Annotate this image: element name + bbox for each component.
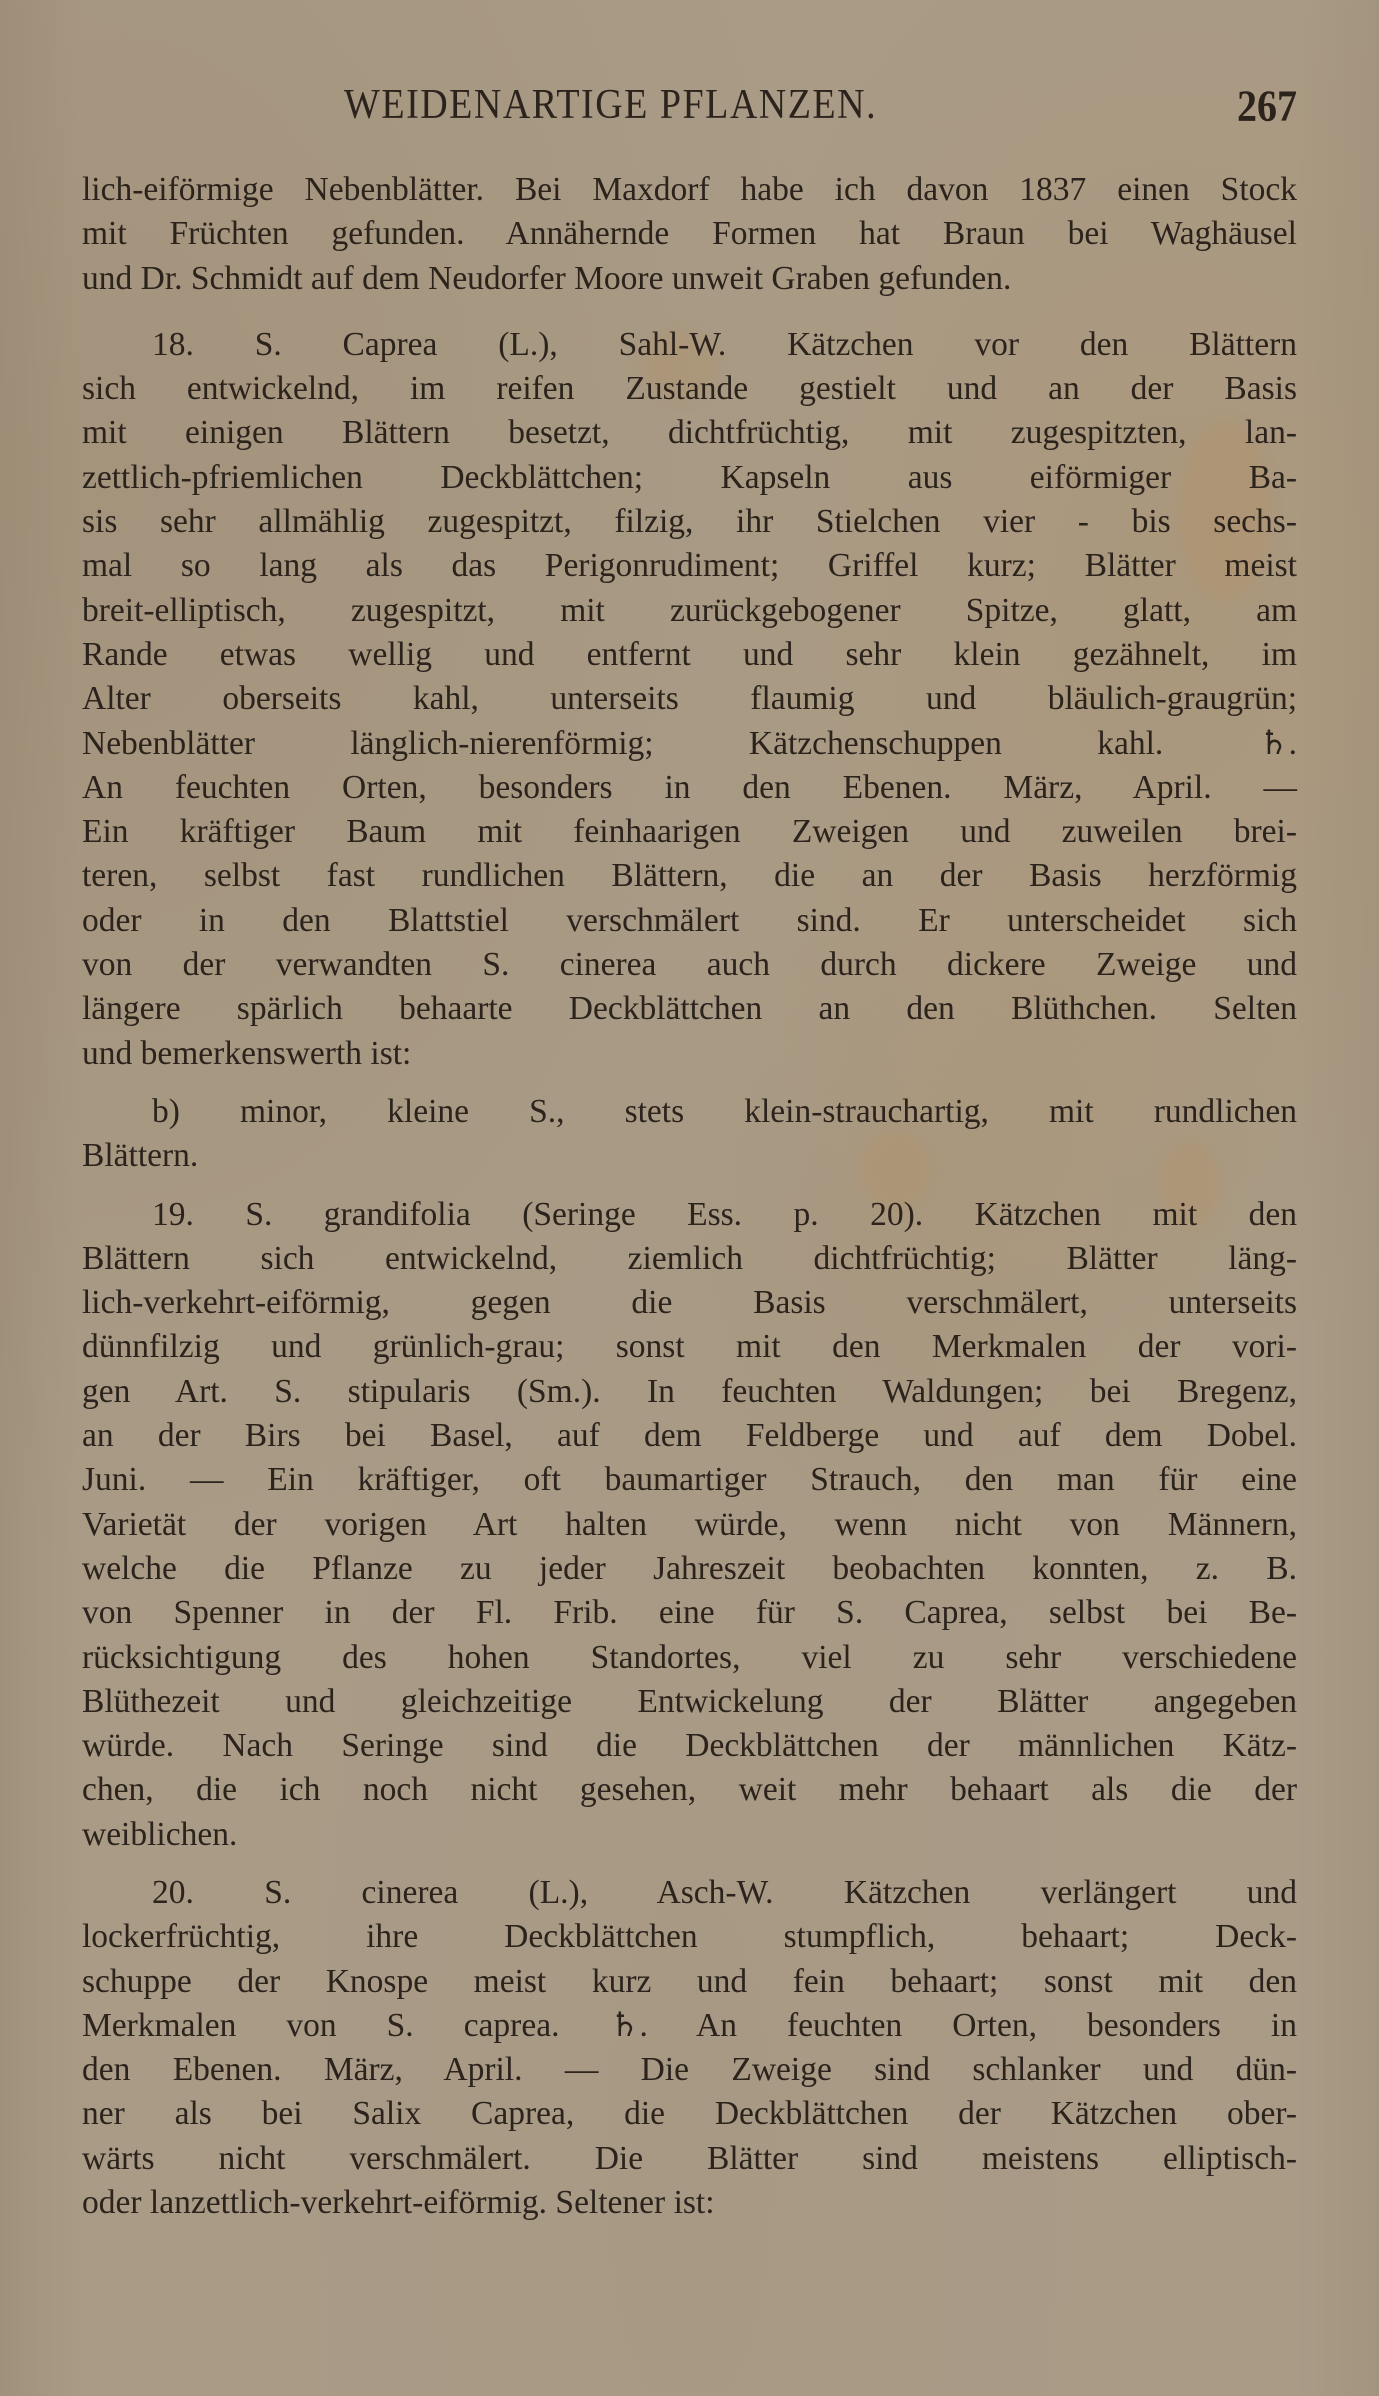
text-line: lich-eiförmige Nebenblätter. Bei Maxdorf…: [82, 168, 1297, 212]
text-line: Rande etwas wellig und entfernt und sehr…: [82, 633, 1297, 677]
text-line: Merkmalen von S. caprea. ♄. An feuchten …: [82, 2004, 1297, 2048]
paragraph-species-20: 20. S. cinerea (L.), Asch-W. Kätzchen ve…: [82, 1871, 1297, 2225]
text-line: und bemerkenswerth ist:: [82, 1032, 1297, 1076]
book-page: WEIDENARTIGE PFLANZEN. 267 lich-eiförmig…: [0, 0, 1379, 2396]
text-line: oder in den Blattstiel verschmälert sind…: [82, 899, 1297, 943]
paragraph-species-18: 18. S. Caprea (L.), Sahl-W. Kätzchen vor…: [82, 323, 1297, 1076]
text-line: dünnfilzig und grünlich-grau; sonst mit …: [82, 1325, 1297, 1369]
text-line: Varietät der vorigen Art halten würde, w…: [82, 1503, 1297, 1547]
text-line: chen, die ich noch nicht gesehen, weit m…: [82, 1768, 1297, 1812]
species-heading-line: 20. S. cinerea (L.), Asch-W. Kätzchen ve…: [82, 1871, 1297, 1915]
text-line: sich entwickelnd, im reifen Zustande ges…: [82, 367, 1297, 411]
text-line: teren, selbst fast rundlichen Blättern, …: [82, 854, 1297, 898]
text-line: welche die Pflanze zu jeder Jahreszeit b…: [82, 1547, 1297, 1591]
text-line: Alter oberseits kahl, unterseits flaumig…: [82, 677, 1297, 721]
text-line: längere spärlich behaarte Deckblättchen …: [82, 987, 1297, 1031]
text-line: gen Art. S. stipularis (Sm.). In feuchte…: [82, 1370, 1297, 1414]
text-line: an der Birs bei Basel, auf dem Feldberge…: [82, 1414, 1297, 1458]
text-line: wärts nicht verschmälert. Die Blätter si…: [82, 2137, 1297, 2181]
text-line: Blüthezeit und gleichzeitige Entwickelun…: [82, 1680, 1297, 1724]
body-text: lich-eiförmige Nebenblätter. Bei Maxdorf…: [82, 168, 1297, 2225]
text-line: mal so lang als das Perigonrudiment; Gri…: [82, 544, 1297, 588]
text-line: lich-verkehrt-eiförmig, gegen die Basis …: [82, 1281, 1297, 1325]
species-heading-line: 18. S. Caprea (L.), Sahl-W. Kätzchen vor…: [82, 323, 1297, 367]
text-line: breit-elliptisch, zugespitzt, mit zurück…: [82, 589, 1297, 633]
paragraph-continuation: lich-eiförmige Nebenblätter. Bei Maxdorf…: [82, 168, 1297, 301]
page-number: 267: [1237, 80, 1297, 132]
running-title: WEIDENARTIGE PFLANZEN.: [344, 80, 877, 129]
text-line: mit einigen Blättern besetzt, dichtfrüch…: [82, 411, 1297, 455]
text-line: von der verwandten S. cinerea auch durch…: [82, 943, 1297, 987]
species-heading-line: 19. S. grandifolia (Seringe Ess. p. 20).…: [82, 1193, 1297, 1237]
text-line: Blättern.: [82, 1134, 1297, 1178]
text-line: würde. Nach Seringe sind die Deckblättch…: [82, 1724, 1297, 1768]
paragraph-species-19: 19. S. grandifolia (Seringe Ess. p. 20).…: [82, 1193, 1297, 1857]
text-line: schuppe der Knospe meist kurz und fein b…: [82, 1960, 1297, 2004]
text-line: Juni. — Ein kräftiger, oft baumartiger S…: [82, 1458, 1297, 1502]
text-line: An feuchten Orten, besonders in den Eben…: [82, 766, 1297, 810]
text-line: oder lanzettlich-verkehrt-eiförmig. Selt…: [82, 2181, 1297, 2225]
text-line: Ein kräftiger Baum mit feinhaarigen Zwei…: [82, 810, 1297, 854]
text-line: sis sehr allmählig zugespitzt, filzig, i…: [82, 500, 1297, 544]
text-line: lockerfrüchtig, ihre Deckblättchen stump…: [82, 1915, 1297, 1959]
text-line: zettlich-pfriemlichen Deckblättchen; Kap…: [82, 456, 1297, 500]
paragraph-variety-minor: b) minor, kleine S., stets klein-strauch…: [82, 1090, 1297, 1179]
text-line: ner als bei Salix Caprea, die Deckblättc…: [82, 2092, 1297, 2136]
text-line: mit Früchten gefunden. Annähernde Formen…: [82, 212, 1297, 256]
text-line: rücksichtigung des hohen Standortes, vie…: [82, 1636, 1297, 1680]
text-line: und Dr. Schmidt auf dem Neudorfer Moore …: [82, 257, 1297, 301]
variety-heading-line: b) minor, kleine S., stets klein-strauch…: [82, 1090, 1297, 1134]
text-line: Nebenblätter länglich-nierenförmig; Kätz…: [82, 722, 1297, 766]
text-line: weiblichen.: [82, 1813, 1297, 1857]
text-line: Blättern sich entwickelnd, ziemlich dich…: [82, 1237, 1297, 1281]
text-line: den Ebenen. März, April. — Die Zweige si…: [82, 2048, 1297, 2092]
running-head: WEIDENARTIGE PFLANZEN. 267: [82, 80, 1297, 130]
text-line: von Spenner in der Fl. Frib. eine für S.…: [82, 1591, 1297, 1635]
